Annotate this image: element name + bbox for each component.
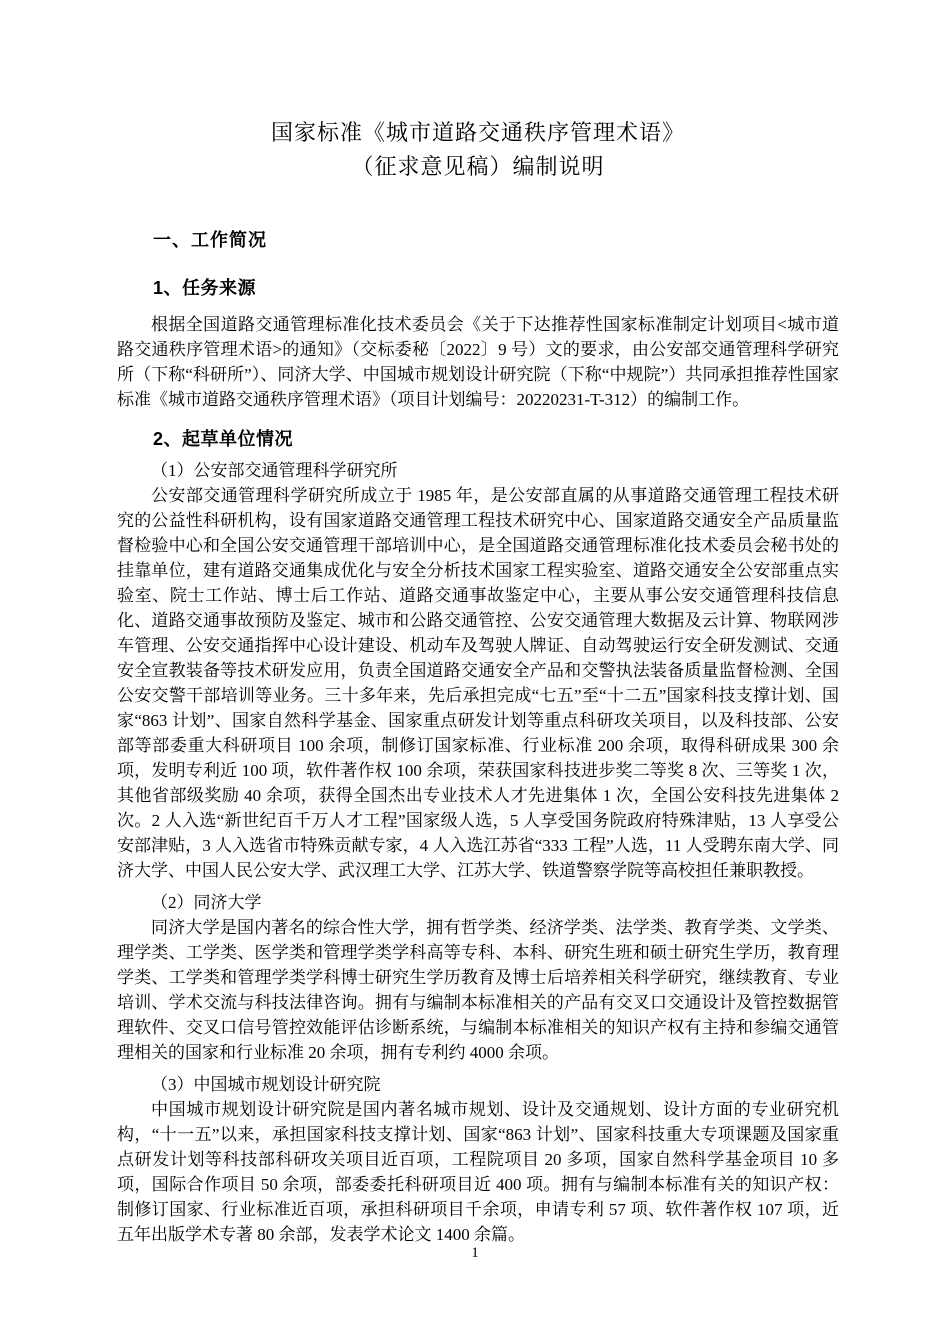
document-page: 国家标准《城市道路交通秩序管理术语》 （征求意见稿）编制说明 一、工作简况 1、… bbox=[0, 0, 950, 1344]
document-content: 国家标准《城市道路交通秩序管理术语》 （征求意见稿）编制说明 一、工作简况 1、… bbox=[117, 0, 839, 1247]
document-title-line-1: 国家标准《城市道路交通秩序管理术语》 bbox=[117, 116, 839, 150]
paragraph-org-traffic-management-research-institute: 公安部交通管理科学研究所成立于 1985 年，是公安部直属的从事道路交通管理工程… bbox=[117, 483, 839, 883]
subsection-heading-task-source: 1、任务来源 bbox=[117, 276, 839, 300]
paragraph-org-china-academy-urban-planning: 中国城市规划设计研究院是国内著名城市规划、设计及交通规划、设计方面的专业研究机构… bbox=[117, 1097, 839, 1247]
document-title-line-2: （征求意见稿）编制说明 bbox=[117, 150, 839, 184]
page-number: 1 bbox=[0, 1243, 950, 1263]
org-heading-china-academy-urban-planning: （3）中国城市规划设计研究院 bbox=[117, 1072, 839, 1097]
paragraph-task-source: 根据全国道路交通管理标准化技术委员会《关于下达推荐性国家标准制定计划项目<城市道… bbox=[117, 312, 839, 412]
subsection-heading-drafting-units: 2、起草单位情况 bbox=[117, 427, 839, 451]
org-heading-traffic-management-research-institute: （1）公安部交通管理科学研究所 bbox=[117, 458, 839, 483]
paragraph-org-tongji-university: 同济大学是国内著名的综合性大学，拥有哲学类、经济学类、法学类、教育学类、文学类、… bbox=[117, 915, 839, 1065]
section-heading-work-overview: 一、工作简况 bbox=[117, 228, 839, 252]
org-heading-tongji-university: （2）同济大学 bbox=[117, 890, 839, 915]
document-title: 国家标准《城市道路交通秩序管理术语》 （征求意见稿）编制说明 bbox=[117, 116, 839, 184]
